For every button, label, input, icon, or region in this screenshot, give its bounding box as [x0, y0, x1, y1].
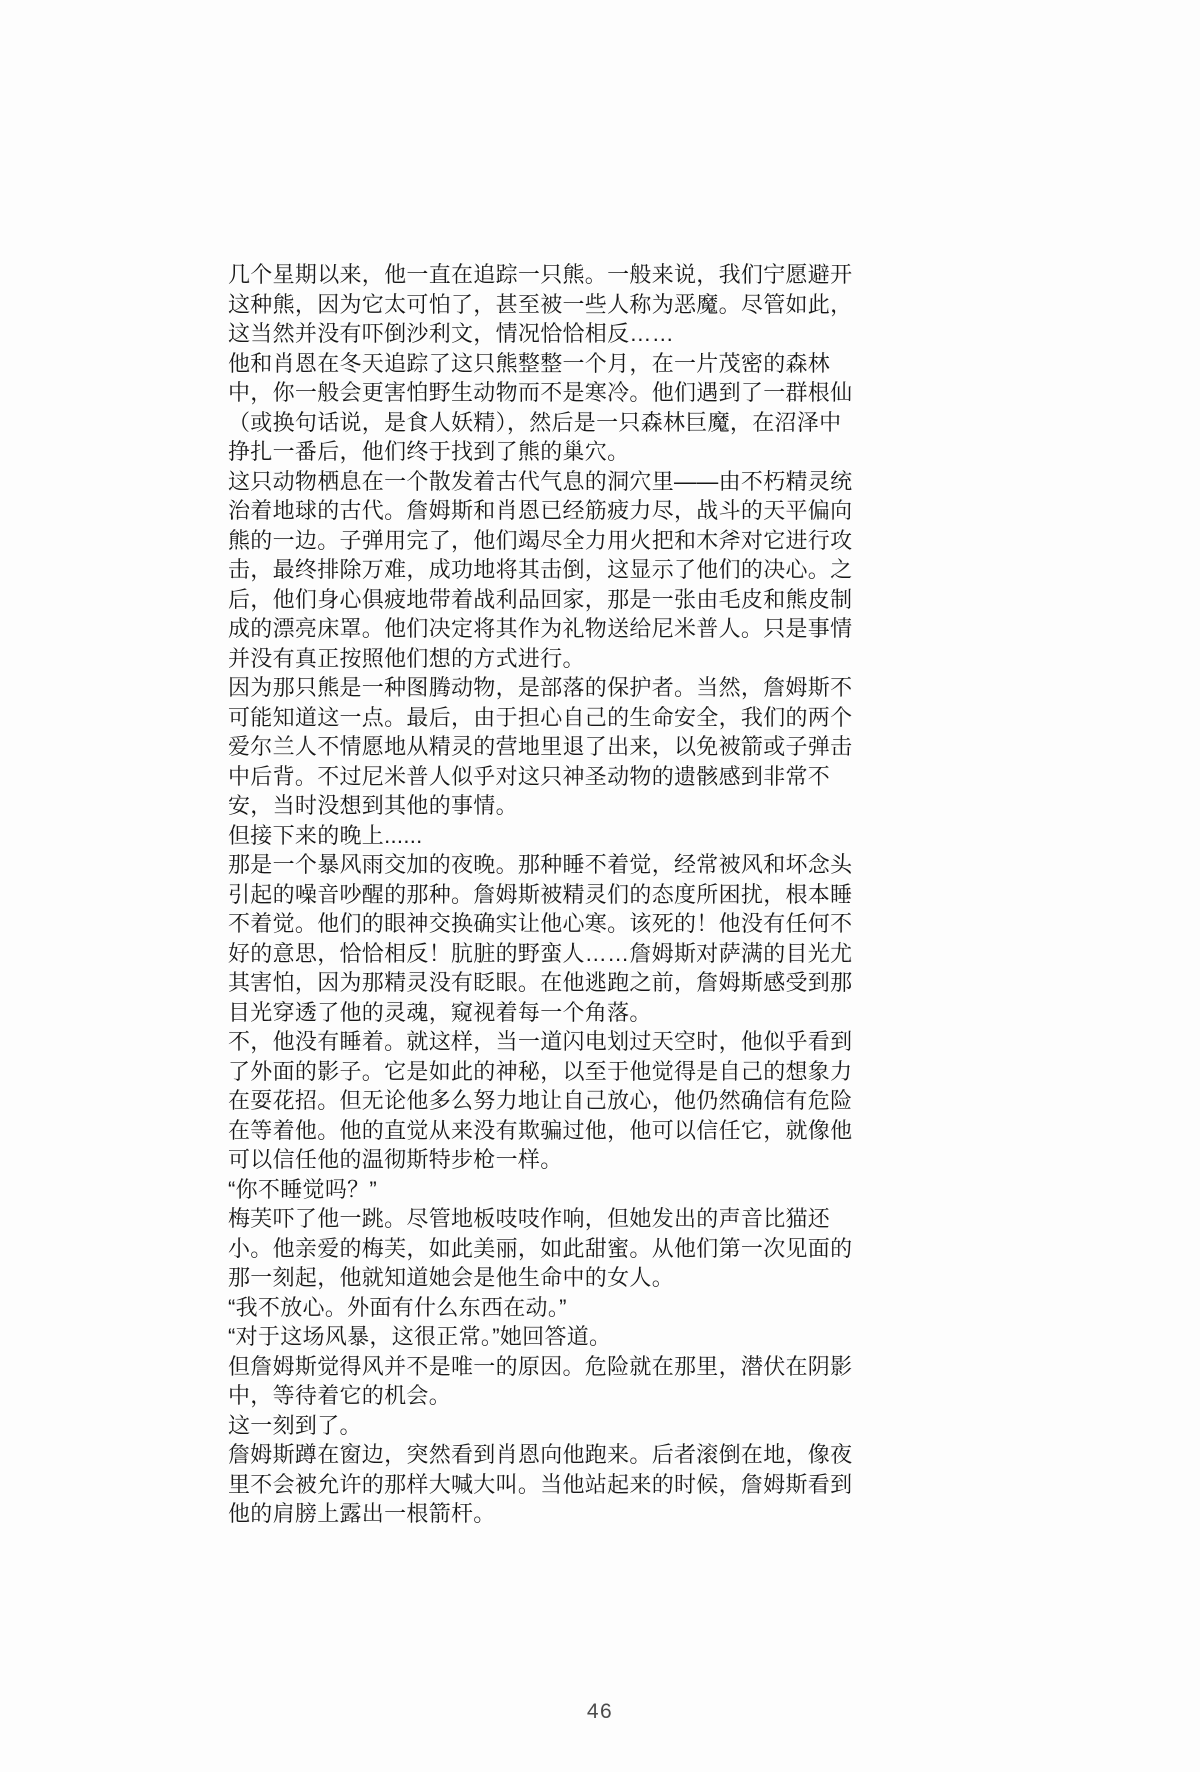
text-line: 好的意思，恰恰相反！肮脏的野蛮人……詹姆斯对萨满的目光尤 [228, 939, 864, 969]
text-line: 梅芙吓了他一跳。尽管地板吱吱作响，但她发出的声音比猫还 [228, 1204, 864, 1234]
text-line: 但接下来的晚上...... [228, 821, 864, 851]
text-line: 成的漂亮床罩。他们决定将其作为礼物送给尼米普人。只是事情 [228, 614, 864, 644]
text-line: 其害怕，因为那精灵没有眨眼。在他逃跑之前，詹姆斯感受到那 [228, 968, 864, 998]
text-line: 几个星期以来，他一直在追踪一只熊。一般来说，我们宁愿避开 [228, 260, 864, 290]
text-line: 不，他没有睡着。就这样，当一道闪电划过天空时，他似乎看到 [228, 1027, 864, 1057]
text-line: 在耍花招。但无论他多么努力地让自己放心，他仍然确信有危险 [228, 1086, 864, 1116]
text-line: 不着觉。他们的眼神交换确实让他心寒。该死的！他没有任何不 [228, 909, 864, 939]
text-line: 那是一个暴风雨交加的夜晚。那种睡不着觉，经常被风和坏念头 [228, 850, 864, 880]
text-line: 安，当时没想到其他的事情。 [228, 791, 864, 821]
text-line: “你不睡觉吗？” [228, 1175, 864, 1205]
text-line: 他的肩膀上露出一根箭杆。 [228, 1499, 864, 1529]
text-line: 熊的一边。子弹用完了，他们竭尽全力用火把和木斧对它进行攻 [228, 526, 864, 556]
body-text: 几个星期以来，他一直在追踪一只熊。一般来说，我们宁愿避开这种熊，因为它太可怕了，… [228, 260, 864, 1529]
text-line: （或换句话说，是食人妖精），然后是一只森林巨魔，在沼泽中 [228, 408, 864, 438]
page-number: 46 [0, 1698, 1200, 1726]
text-line: 中后背。不过尼米普人似乎对这只神圣动物的遗骸感到非常不 [228, 762, 864, 792]
text-line: 在等着他。他的直觉从来没有欺骗过他，他可以信任它，就像他 [228, 1116, 864, 1146]
text-line: 并没有真正按照他们想的方式进行。 [228, 644, 864, 674]
text-line: 引起的噪音吵醒的那种。詹姆斯被精灵们的态度所困扰，根本睡 [228, 880, 864, 910]
text-line: 那一刻起，他就知道她会是他生命中的女人。 [228, 1263, 864, 1293]
text-line: 这只动物栖息在一个散发着古代气息的洞穴里——由不朽精灵统 [228, 467, 864, 497]
text-line: 他和肖恩在冬天追踪了这只熊整整一个月，在一片茂密的森林 [228, 349, 864, 379]
text-line: 中，你一般会更害怕野生动物而不是寒冷。他们遇到了一群根仙 [228, 378, 864, 408]
text-line: 治着地球的古代。詹姆斯和肖恩已经筋疲力尽，战斗的天平偏向 [228, 496, 864, 526]
text-line: 里不会被允许的那样大喊大叫。当他站起来的时候，詹姆斯看到 [228, 1470, 864, 1500]
text-line: 可以信任他的温彻斯特步枪一样。 [228, 1145, 864, 1175]
text-line: 后，他们身心俱疲地带着战利品回家，那是一张由毛皮和熊皮制 [228, 585, 864, 615]
text-line: “我不放心。外面有什么东西在动。” [228, 1293, 864, 1323]
document-page: 几个星期以来，他一直在追踪一只熊。一般来说，我们宁愿避开这种熊，因为它太可怕了，… [0, 0, 1200, 1772]
text-line: 爱尔兰人不情愿地从精灵的营地里退了出来，以免被箭或子弹击 [228, 732, 864, 762]
text-line: 目光穿透了他的灵魂，窥视着每一个角落。 [228, 998, 864, 1028]
text-line: 挣扎一番后，他们终于找到了熊的巢穴。 [228, 437, 864, 467]
text-line: “对于这场风暴，这很正常。”她回答道。 [228, 1322, 864, 1352]
text-line: 这当然并没有吓倒沙利文，情况恰恰相反…… [228, 319, 864, 349]
text-line: 击，最终排除万难，成功地将其击倒，这显示了他们的决心。之 [228, 555, 864, 585]
text-line: 这种熊，因为它太可怕了，甚至被一些人称为恶魔。尽管如此， [228, 290, 864, 320]
text-line: 了外面的影子。它是如此的神秘，以至于他觉得是自己的想象力 [228, 1057, 864, 1087]
text-line: 小。他亲爱的梅芙，如此美丽，如此甜蜜。从他们第一次见面的 [228, 1234, 864, 1264]
text-line: 但詹姆斯觉得风并不是唯一的原因。危险就在那里，潜伏在阴影 [228, 1352, 864, 1382]
text-line: 中，等待着它的机会。 [228, 1381, 864, 1411]
text-line: 这一刻到了。 [228, 1411, 864, 1441]
text-line: 因为那只熊是一种图腾动物，是部落的保护者。当然，詹姆斯不 [228, 673, 864, 703]
text-line: 可能知道这一点。最后，由于担心自己的生命安全，我们的两个 [228, 703, 864, 733]
text-line: 詹姆斯蹲在窗边，突然看到肖恩向他跑来。后者滚倒在地，像夜 [228, 1440, 864, 1470]
